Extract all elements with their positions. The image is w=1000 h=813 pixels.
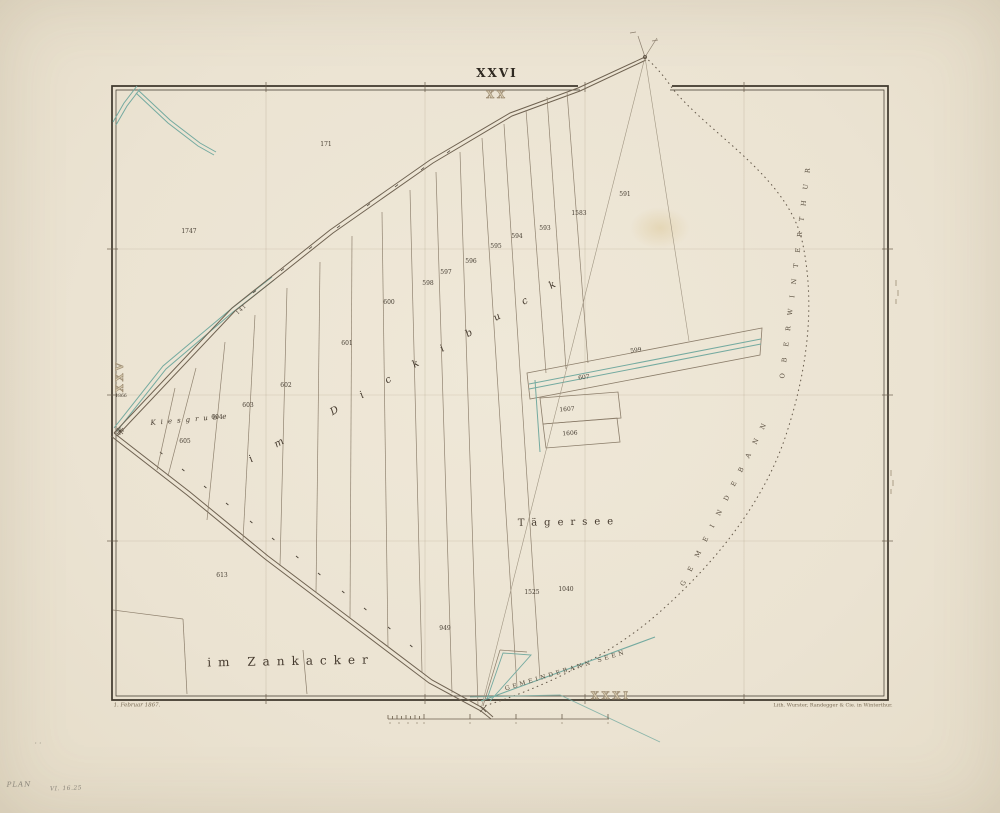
map-linework [0,0,1000,813]
map-frame [112,86,888,700]
stream-lines [113,86,274,431]
bottom-left-parcels [113,610,527,706]
margin-marks-right [891,280,898,494]
parcel-boundaries [157,92,588,706]
lower-road-lettering-marks [160,452,412,647]
main-road [114,57,646,436]
seen-boundary [470,637,660,742]
scale-bar [388,714,609,723]
strip-parcel-band [527,328,762,452]
map-sheet: XXVIXXXXVXXXITägerseeim Zankackerim Dick… [0,0,1000,813]
commune-boundary-dotted [484,57,809,706]
station-marks [116,427,486,712]
frame-ticks [107,82,893,704]
